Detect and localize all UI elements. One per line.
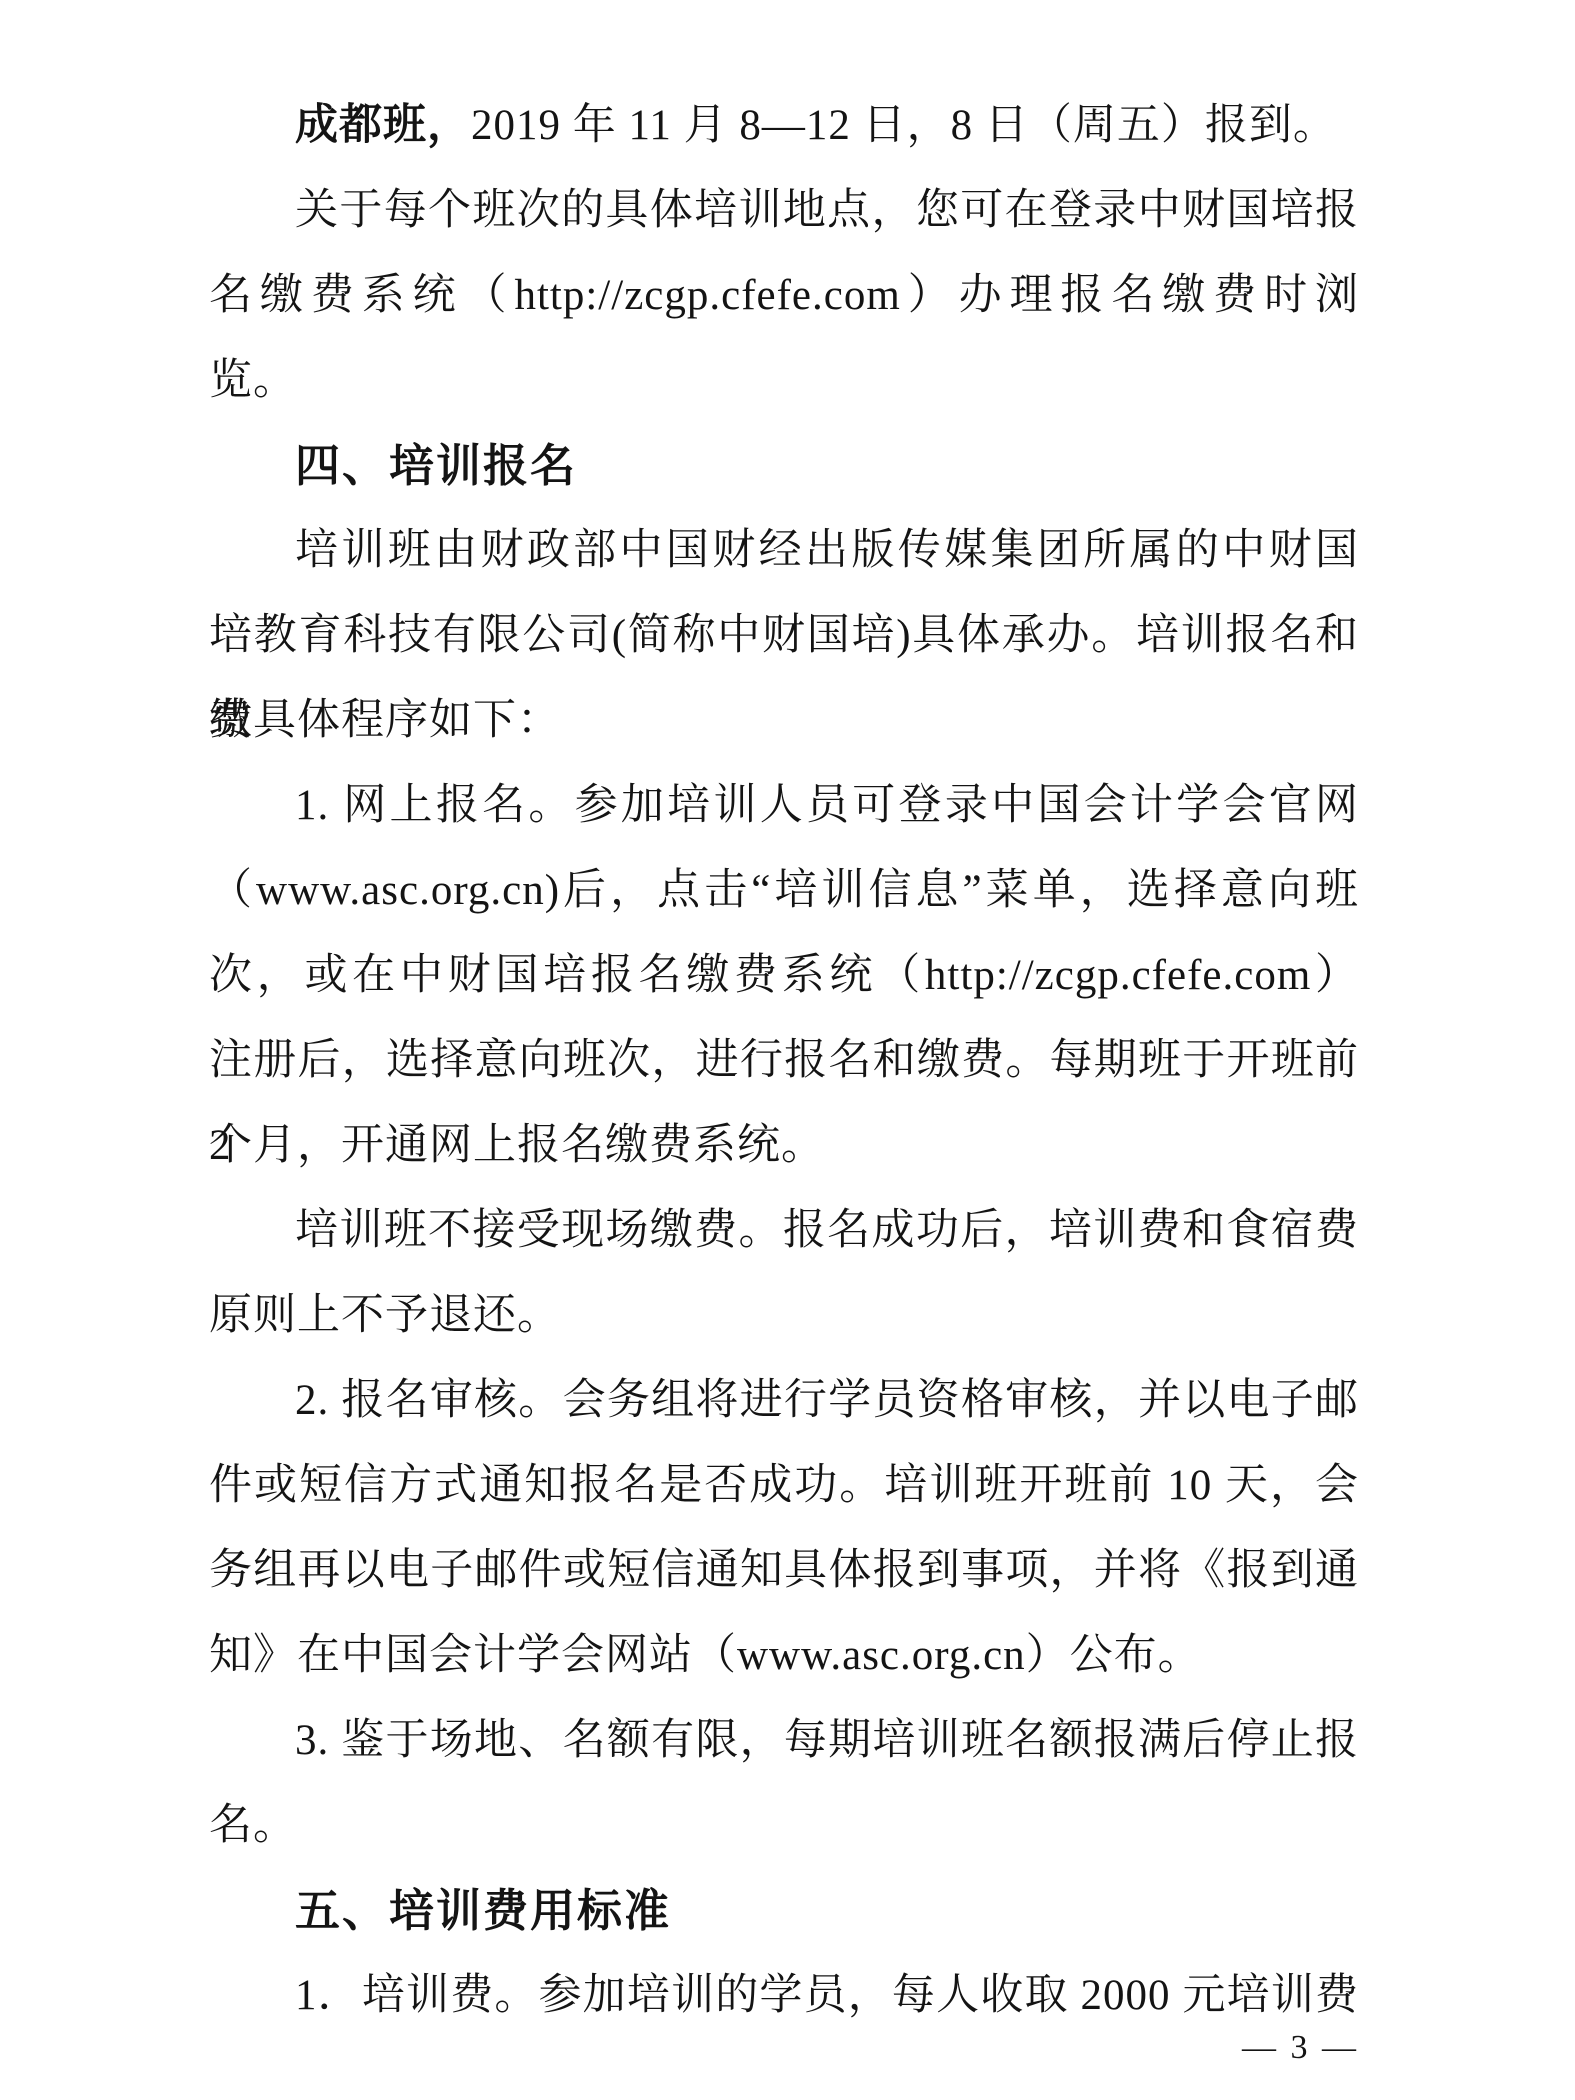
- document-line: 培训班由财政部中国财经出版传媒集团所属的中财国: [209, 508, 1359, 593]
- emphasis-text: 五、培训费用标准: [295, 1885, 671, 1936]
- text-run: 名。: [209, 1802, 297, 1849]
- text-run: 览。: [209, 357, 297, 404]
- document-page: 成都班，2019 年 11 月 8—12 日，8 日（周五）报到。关于每个班次的…: [0, 0, 1575, 2100]
- document-line: 1. 网上报名。参加培训人员可登录中国会计学会官网: [209, 763, 1359, 848]
- text-run: 3. 鉴于场地、名额有限，每期培训班名额报满后停止报: [295, 1717, 1359, 1764]
- text-run: 个月，开通网上报名缴费系统。: [209, 1122, 825, 1169]
- document-line: 览。: [209, 338, 1359, 423]
- document-line: 名缴费系统（http://zcgp.cfefe.com）办理报名缴费时浏: [209, 253, 1359, 338]
- document-line: 2. 报名审核。会务组将进行学员资格审核，并以电子邮: [209, 1358, 1359, 1443]
- document-line: 注册后，选择意向班次，进行报名和缴费。每期班于开班前 2: [209, 1018, 1359, 1103]
- text-run: 关于每个班次的具体培训地点，您可在登录中财国培报: [295, 187, 1359, 234]
- document-line: 原则上不予退还。: [209, 1273, 1359, 1358]
- text-run: 件或短信方式通知报名是否成功。培训班开班前 10 天，会: [209, 1462, 1359, 1509]
- document-line: 关于每个班次的具体培训地点，您可在登录中财国培报: [209, 168, 1359, 253]
- text-run: 原则上不予退还。: [209, 1292, 561, 1339]
- text-run: （www.asc.org.cn)后，点击“培训信息”菜单，选择意向班: [209, 867, 1359, 914]
- text-run: 1. 网上报名。参加培训人员可登录中国会计学会官网: [295, 782, 1359, 829]
- text-run: 2. 报名审核。会务组将进行学员资格审核，并以电子邮: [295, 1377, 1359, 1424]
- document-body: 成都班，2019 年 11 月 8—12 日，8 日（周五）报到。关于每个班次的…: [209, 83, 1359, 2038]
- document-line: 成都班，2019 年 11 月 8—12 日，8 日（周五）报到。: [209, 83, 1359, 168]
- document-line: 知》在中国会计学会网站（www.asc.org.cn）公布。: [209, 1613, 1359, 1698]
- section-heading: 五、培训费用标准: [209, 1868, 1359, 1953]
- document-line: 个月，开通网上报名缴费系统。: [209, 1103, 1359, 1188]
- text-run: 名缴费系统（http://zcgp.cfefe.com）办理报名缴费时浏: [209, 272, 1359, 319]
- page-number: — 3 —: [1242, 2026, 1359, 2070]
- text-run: 费具体程序如下：: [209, 697, 561, 744]
- document-line: 件或短信方式通知报名是否成功。培训班开班前 10 天，会: [209, 1443, 1359, 1528]
- text-run: 1．培训费。参加培训的学员，每人收取 2000 元培训费: [295, 1972, 1359, 2019]
- document-line: 培训班不接受现场缴费。报名成功后，培训费和食宿费: [209, 1188, 1359, 1273]
- text-run: 培训班不接受现场缴费。报名成功后，培训费和食宿费: [295, 1207, 1359, 1254]
- emphasis-text: 四、培训报名: [295, 440, 577, 491]
- text-run: 次，或在中财国培报名缴费系统（http://zcgp.cfefe.com）: [209, 952, 1359, 999]
- text-run: 务组再以电子邮件或短信通知具体报到事项，并将《报到通: [209, 1547, 1359, 1594]
- document-line: 名。: [209, 1783, 1359, 1868]
- emphasis-text: 成都班，: [295, 102, 471, 149]
- document-line: （www.asc.org.cn)后，点击“培训信息”菜单，选择意向班: [209, 848, 1359, 933]
- document-line: 费具体程序如下：: [209, 678, 1359, 763]
- document-line: 次，或在中财国培报名缴费系统（http://zcgp.cfefe.com）: [209, 933, 1359, 1018]
- text-run: 知》在中国会计学会网站（www.asc.org.cn）公布。: [209, 1632, 1202, 1679]
- document-line: 培教育科技有限公司(简称中财国培)具体承办。培训报名和缴: [209, 593, 1359, 678]
- text-run: 培训班由财政部中国财经出版传媒集团所属的中财国: [295, 527, 1359, 574]
- text-run: 2019 年 11 月 8—12 日，8 日（周五）报到。: [471, 102, 1337, 149]
- document-line: 3. 鉴于场地、名额有限，每期培训班名额报满后停止报: [209, 1698, 1359, 1783]
- section-heading: 四、培训报名: [209, 423, 1359, 508]
- document-line: 1．培训费。参加培训的学员，每人收取 2000 元培训费: [209, 1953, 1359, 2038]
- document-line: 务组再以电子邮件或短信通知具体报到事项，并将《报到通: [209, 1528, 1359, 1613]
